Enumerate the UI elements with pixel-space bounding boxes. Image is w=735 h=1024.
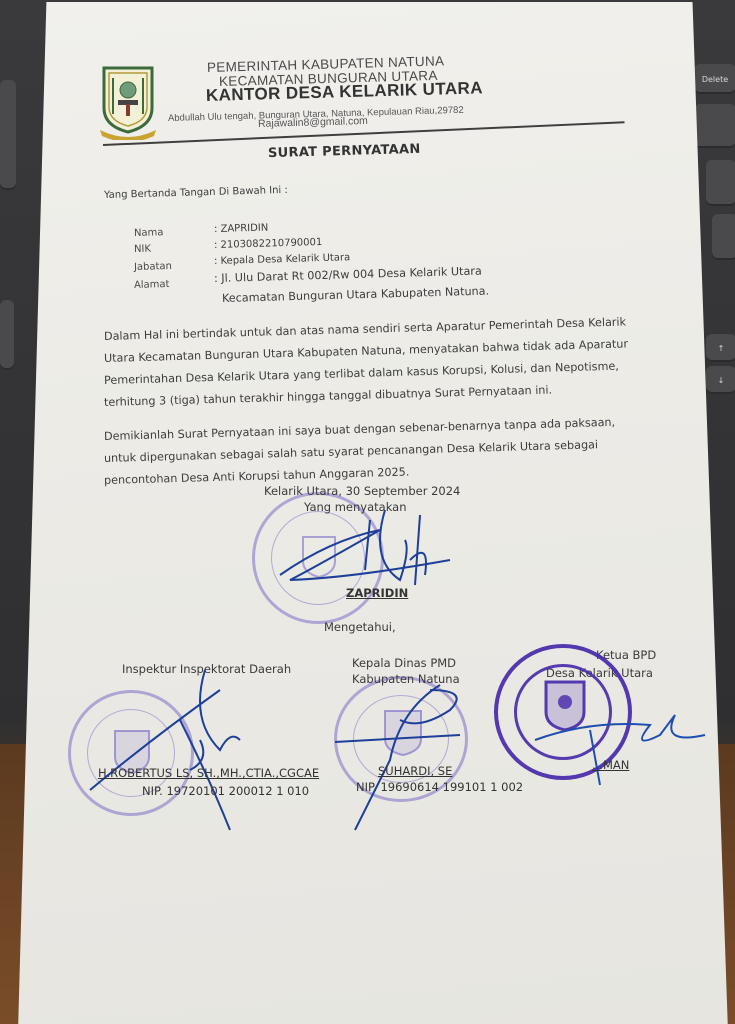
value-nik: : 2103082210790001	[214, 237, 323, 251]
label-nik: NIK	[134, 244, 151, 255]
value-jabatan: : Kepala Desa Kelarik Utara	[214, 252, 351, 267]
signer-role: Yang menyatakan	[304, 500, 407, 514]
paragraph1-line4: terhitung 3 (tiga) tahun terakhir hingga…	[104, 383, 552, 409]
intro-text: Yang Bertanda Tangan Di Bawah Ini :	[104, 185, 288, 201]
signatory2-title: Kepala Dinas PMD	[352, 656, 456, 670]
signatory2-name: SUHARDI, SE	[378, 764, 452, 778]
acknowledged-label: Mengetahui,	[324, 620, 396, 634]
signatory1-name: H.ROBERTUS LS, SH.,MH.,CTIA.,CGCAE	[98, 766, 319, 780]
signatory2-nip: NIP. 19690614 199101 1 002	[356, 780, 523, 794]
place-date: Kelarik Utara, 30 September 2024	[264, 484, 460, 498]
value-alamat-cont: Kecamatan Bunguran Utara Kabupaten Natun…	[222, 285, 489, 305]
signatory1-nip: NIP. 19720101 200012 1 010	[142, 784, 309, 798]
regency-coat-of-arms-icon	[100, 64, 156, 140]
coat-of-arms-icon	[301, 535, 337, 579]
coat-of-arms-icon	[383, 709, 423, 757]
statement-letter: PEMERINTAH KABUPATEN NATUNA KECAMATAN BU…	[0, 0, 735, 1024]
signer-name: ZAPRIDIN	[346, 586, 408, 600]
coat-of-arms-icon	[544, 680, 586, 732]
signatory2-subtitle: Kabupaten Natuna	[352, 672, 460, 686]
signatory1-title: Inspektur Inspektorat Daerah	[122, 662, 291, 676]
value-alamat: : Jl. Ulu Darat Rt 002/Rw 004 Desa Kelar…	[214, 265, 482, 285]
signatory3-name: ...MAN	[592, 758, 629, 772]
label-alamat: Alamat	[134, 279, 170, 291]
label-nama: Nama	[134, 227, 164, 239]
paragraph2-line2: untuk dipergunakan sebagai salah satu sy…	[104, 438, 598, 465]
letterhead-email: Rajawalin8@gmail.com	[258, 115, 368, 130]
document-title: SURAT PERNYATAAN	[268, 142, 421, 161]
label-jabatan: Jabatan	[134, 261, 172, 273]
value-nama: : ZAPRIDIN	[214, 222, 269, 235]
